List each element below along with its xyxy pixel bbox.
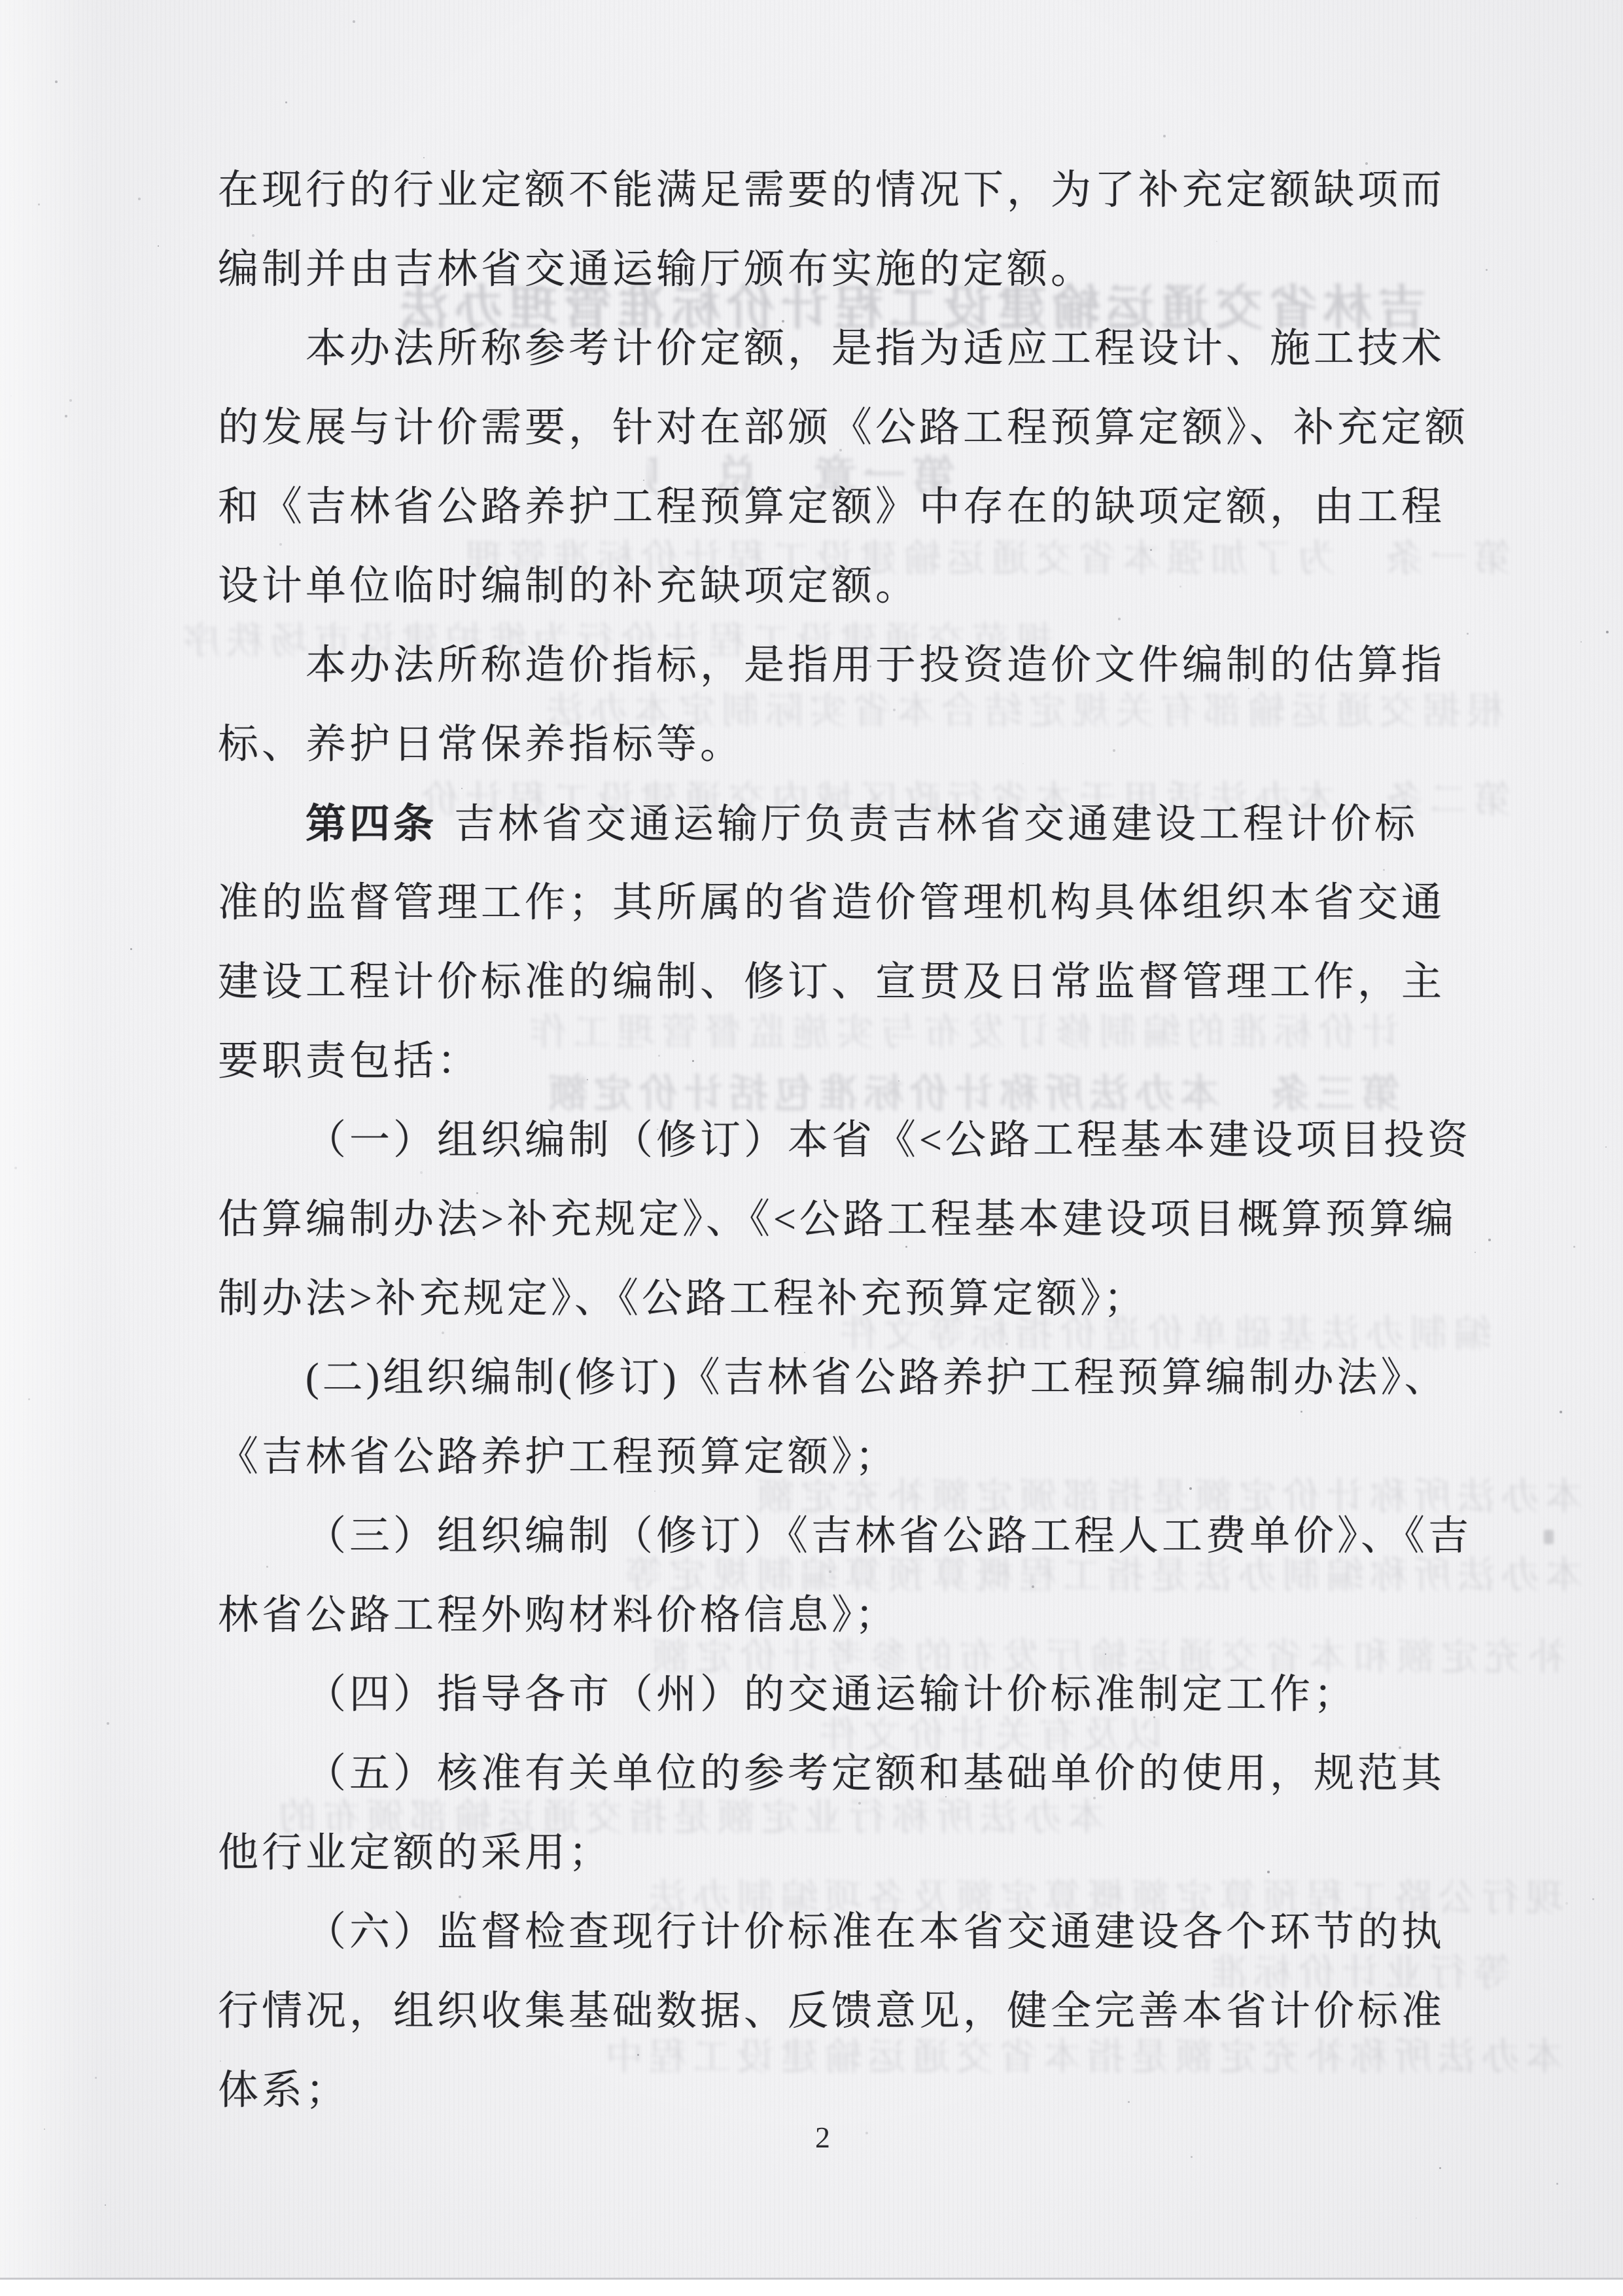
text-run: (二)组织编制(修订)《吉林省公路养护工程预算编制办法》、 xyxy=(305,1356,1448,1400)
scan-noise-speck xyxy=(105,2204,106,2206)
scan-noise-speck xyxy=(1605,1146,1607,1148)
text-line: 设计单位临时编制的补充缺项定额。 xyxy=(218,547,1461,626)
scan-noise-speck xyxy=(1580,641,1582,643)
scan-noise-speck xyxy=(10,395,12,397)
text-run: 标、养护日常保养指标等。 xyxy=(218,722,744,767)
text-run: 他行业定额的采用； xyxy=(218,1831,612,1875)
text-run: 建设工程计价标准的编制、修订、宣贯及日常监督管理工作，主 xyxy=(218,960,1445,1004)
text-line: 本办法所称参考计价定额，是指为适应工程设计、施工技术 xyxy=(218,309,1461,389)
text-run: 《吉林省公路养护工程预算定额》； xyxy=(218,1435,899,1479)
scan-noise-speck xyxy=(55,80,58,83)
text-run: 设计单位临时编制的补充缺项定额。 xyxy=(218,564,919,609)
text-line: 《吉林省公路养护工程预算定额》； xyxy=(218,1418,1461,1497)
scan-artifact-mark xyxy=(1544,1530,1554,1544)
text-line: 他行业定额的采用； xyxy=(218,1814,1461,1893)
text-line: 制办法>补充规定》、《公路工程补充预算定额》； xyxy=(218,1260,1461,1339)
text-run: 编制并由吉林省交通运输厅颁布实施的定额。 xyxy=(218,247,1094,292)
text-run: 的发展与计价需要，针对在部颁《公路工程预算定额》、补充定额 xyxy=(218,406,1469,450)
text-line: 准的监督管理工作；其所属的省造价管理机构具体组织本省交通 xyxy=(218,864,1461,943)
text-run: 估算编制办法>补充规定》、《<公路工程基本建设项目概算预算编 xyxy=(218,1197,1457,1242)
text-run: （一）组织编制（修订）本省《<公路工程基本建设项目投资 xyxy=(305,1118,1471,1163)
text-line: 编制并由吉林省交通运输厅颁布实施的定额。 xyxy=(218,230,1461,309)
scanned-document-screenshot: { "page": { "number_label": "2", "paper_… xyxy=(0,0,1623,2296)
text-line: （六）监督检查现行计价标准在本省交通建设各个环节的执 xyxy=(218,1893,1461,1972)
text-line: （一）组织编制（修订）本省《<公路工程基本建设项目投资 xyxy=(218,1101,1461,1180)
text-run: 在现行的行业定额不能满足需要的情况下，为了补充定额缺项而 xyxy=(218,168,1445,213)
text-run: 要职责包括： xyxy=(218,1039,481,1084)
text-line: 第四条吉林省交通运输厅负责吉林省交通建设工程计价标 xyxy=(218,785,1461,864)
text-line: (二)组织编制(修订)《吉林省公路养护工程预算编制办法》、 xyxy=(218,1339,1461,1418)
scan-noise-speck xyxy=(38,203,40,205)
scan-noise-speck xyxy=(138,198,141,200)
text-line: 建设工程计价标准的编制、修订、宣贯及日常监督管理工作，主 xyxy=(218,943,1461,1022)
scan-noise-speck xyxy=(107,1722,109,1725)
scan-noise-speck xyxy=(95,2077,97,2079)
scan-noise-speck xyxy=(65,415,67,417)
text-run: （五）核准有关单位的参考定额和基础单价的使用，规范其 xyxy=(305,1752,1445,1796)
text-line: （三）组织编制（修订）《吉林省公路工程人工费单价》、《吉 xyxy=(218,1497,1461,1576)
scan-noise-speck xyxy=(1592,1898,1594,1900)
text-run: （四）指导各市（州）的交通运输计价标准制定工作； xyxy=(305,1672,1357,1717)
clause-heading: 第四条 xyxy=(305,802,437,847)
text-line: 林省公路工程外购材料价格信息》； xyxy=(218,1576,1461,1655)
scan-noise-speck xyxy=(14,1167,17,1169)
scan-noise-speck xyxy=(1573,1246,1575,1248)
text-line: 估算编制办法>补充规定》、《<公路工程基本建设项目概算预算编 xyxy=(218,1180,1461,1260)
scan-noise-speck xyxy=(1606,631,1609,633)
text-line: 要职责包括： xyxy=(218,1022,1461,1101)
text-line: 行情况，组织收集基础数据、反馈意见，健全完善本省计价标准 xyxy=(218,1972,1461,2051)
text-run: 林省公路工程外购材料价格信息》； xyxy=(218,1593,899,1638)
scan-noise-speck xyxy=(1486,269,1488,271)
text-line: 和《吉林省公路养护工程预算定额》中存在的缺项定额，由工程 xyxy=(218,468,1461,547)
text-run: 准的监督管理工作；其所属的省造价管理机构具体组织本省交通 xyxy=(218,881,1445,925)
text-run: 和《吉林省公路养护工程预算定额》中存在的缺项定额，由工程 xyxy=(218,485,1445,529)
text-run: （三）组织编制（修订）《吉林省公路工程人工费单价》、《吉 xyxy=(305,1514,1472,1559)
scan-noise-speck xyxy=(69,399,72,402)
scan-noise-speck xyxy=(1556,2183,1558,2185)
scan-noise-speck xyxy=(130,948,132,950)
text-line: （四）指导各市（州）的交通运输计价标准制定工作； xyxy=(218,1655,1461,1735)
scan-noise-speck xyxy=(158,245,159,247)
text-run: 本办法所称参考计价定额，是指为适应工程设计、施工技术 xyxy=(305,327,1445,371)
scanned-paper-sheet: 吉林省交通运输建设工程计价标准管理办法第一章 总 则第一条 为了加强本省交通运输… xyxy=(0,0,1623,2280)
text-line: （五）核准有关单位的参考定额和基础单价的使用，规范其 xyxy=(218,1735,1461,1814)
scan-noise-speck xyxy=(1560,1411,1562,1413)
text-line: 本办法所称造价指标，是指用于投资造价文件编制的估算指 xyxy=(218,626,1461,705)
text-line: 的发展与计价需要，针对在部颁《公路工程预算定额》、补充定额 xyxy=(218,389,1461,468)
text-run: （六）监督检查现行计价标准在本省交通建设各个环节的执 xyxy=(305,1910,1445,1954)
text-line: 标、养护日常保养指标等。 xyxy=(218,705,1461,785)
page-number: 2 xyxy=(0,2098,1623,2177)
scan-noise-speck xyxy=(1475,1252,1476,1253)
text-run: 吉林省交通运输厅负责吉林省交通建设工程计价标 xyxy=(454,802,1418,847)
document-body-text: 在现行的行业定额不能满足需要的情况下，为了补充定额缺项而编制并由吉林省交通运输厅… xyxy=(218,0,1461,2130)
scan-noise-speck xyxy=(1467,633,1469,635)
scan-noise-speck xyxy=(1488,1239,1491,1241)
text-run: 本办法所称造价指标，是指用于投资造价文件编制的估算指 xyxy=(305,643,1445,688)
text-run: 制办法>补充规定》、《公路工程补充预算定额》； xyxy=(218,1277,1147,1321)
text-line: 在现行的行业定额不能满足需要的情况下，为了补充定额缺项而 xyxy=(218,151,1461,230)
scan-noise-speck xyxy=(1416,2217,1417,2219)
scan-noise-speck xyxy=(1565,1902,1568,1905)
text-run: 行情况，组织收集基础数据、反馈意见，健全完善本省计价标准 xyxy=(218,1989,1445,2034)
scan-noise-speck xyxy=(28,1398,30,1400)
